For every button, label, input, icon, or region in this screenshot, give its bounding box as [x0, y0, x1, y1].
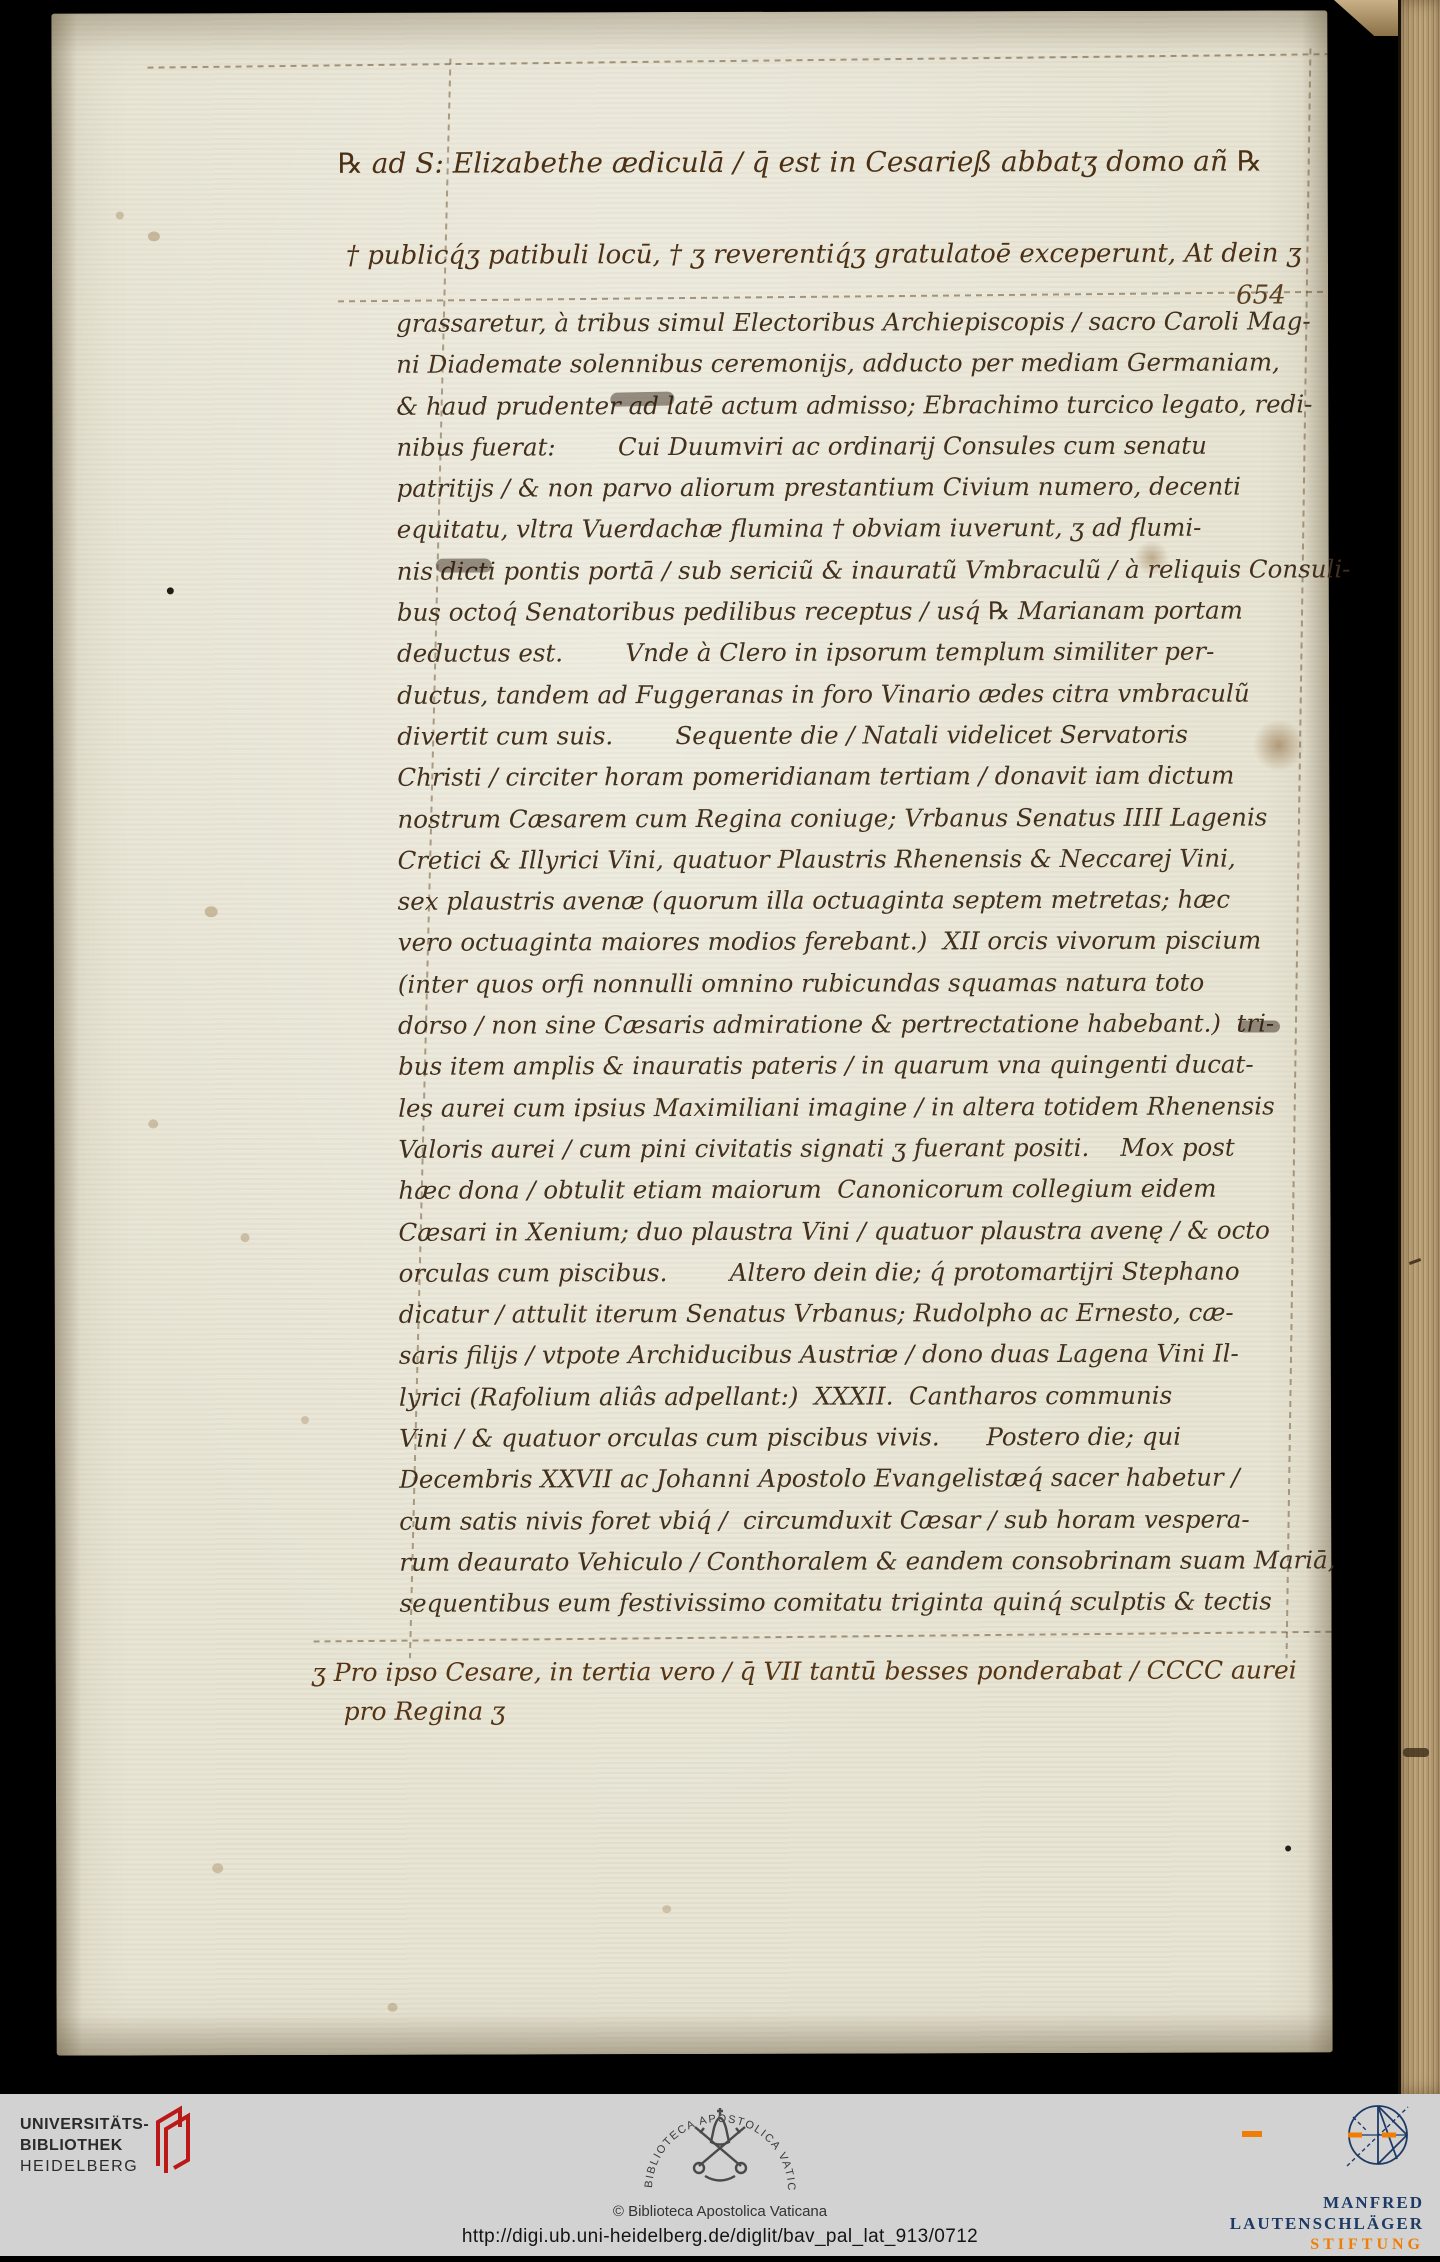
manuscript-line: bus octoq́ Senatoribus pedilibus receptu… — [397, 589, 1327, 633]
manuscript-line: grassaretur, à tribus simul Electoribus … — [396, 300, 1326, 344]
manuscript-line: (inter quos orfi nonnulli omnino rubicun… — [398, 961, 1328, 1005]
manuscript-line: lyrici (Rafolium aliâs adpellant:) XXXII… — [399, 1374, 1329, 1418]
book-fore-edge — [1398, 0, 1440, 2094]
foxing-spot — [148, 231, 160, 241]
svg-text:BIBLIOTECA APOSTOLICA VATICANA: BIBLIOTECA APOSTOLICA VATICANA — [635, 2092, 797, 2192]
ruling-bottom — [314, 1631, 1334, 1643]
paper-stain — [1134, 541, 1170, 575]
ink-dot — [167, 587, 174, 594]
manuscript-line: equitatu, vltra Vuerdachæ flumina † obvi… — [397, 507, 1327, 551]
ub-line1: UNIVERSITÄTS- — [20, 2114, 149, 2135]
marginal-note-line: ʒ Pro ipso Cesare, in tertia vero / q̄ V… — [312, 1650, 1297, 1692]
manuscript-line: Cretici & Illyrici Vini, quatuor Plaustr… — [397, 837, 1327, 881]
ink-correction-mark — [436, 559, 492, 573]
manuscript-heading: ℞ ad S: Elizabethe ædiculā / q̄ est in C… — [338, 145, 1262, 180]
foxing-spot — [212, 1863, 223, 1873]
paper-stain — [1251, 720, 1306, 770]
manuscript-line: vero octuaginta maiores modios ferebant.… — [398, 920, 1328, 964]
manuscript-line: nis dicti pontis portā / sub sericiũ & i… — [397, 548, 1327, 592]
fore-edge-mark — [1403, 1748, 1429, 1757]
manuscript-line: ni Diademate solennibus ceremonijs, addu… — [396, 342, 1326, 386]
vatican-arc-text: BIBLIOTECA APOSTOLICA VATICANA — [635, 2092, 797, 2192]
stiftung-line2: LAUTENSCHLÄGER — [1100, 2213, 1424, 2234]
manuscript-subheading: † publicq́ʒ patibuli locū, † ʒ reverenti… — [346, 238, 1301, 271]
manuscript-line: divertit cum suis. Sequente die / Natali… — [397, 713, 1327, 757]
manuscript-line: rum deaurato Vehiculo / Conthoralem & ea… — [399, 1539, 1329, 1583]
manuscript-line: les aurei cum ipsius Maximiliani imagine… — [398, 1085, 1328, 1129]
ub-line2: BIBLIOTHEK — [20, 2135, 149, 2156]
stiftung-line1: MANFRED — [1100, 2192, 1424, 2213]
manuscript-paper: ℞ ad S: Elizabethe ædiculā / q̄ est in C… — [51, 10, 1332, 2055]
manuscript-body: grassaretur, à tribus simul Electoribus … — [396, 300, 1329, 1624]
manuscript-line: & haud prudenter ad latē actum admisso; … — [396, 383, 1326, 427]
foxing-spot — [241, 1233, 250, 1242]
manuscript-line: cum satis nivis foret vbiq́ / circumduxi… — [399, 1498, 1329, 1542]
manuscript-line: Vini / & quatuor orculas cum piscibus vi… — [399, 1415, 1329, 1459]
manuscript-line: Decembris XXVII ac Johanni Apostolo Evan… — [399, 1457, 1329, 1501]
stiftung-wordmark: MANFRED LAUTENSCHLÄGER STIFTUNG — [1100, 2192, 1424, 2255]
foxing-spot — [148, 1119, 158, 1128]
stiftung-dash-icon — [1242, 2131, 1262, 2137]
manuscript-line: nostrum Cæsarem cum Regina coniuge; Vrba… — [397, 796, 1327, 840]
marginal-note: ʒ Pro ipso Cesare, in tertia vero / q̄ V… — [312, 1650, 1297, 1731]
manuscript-line: Christi / circiter horam pomeridianam te… — [397, 755, 1327, 799]
marginal-note-line: pro Regina ʒ — [312, 1689, 1297, 1731]
manuscript-line: orculas cum piscibus. Altero dein die; q… — [399, 1250, 1329, 1294]
manuscript-line: sequentibus eum festivissimo comitatu tr… — [399, 1581, 1329, 1625]
ink-correction-mark — [1238, 1020, 1280, 1032]
foxing-spot — [662, 1905, 671, 1913]
ruling-top — [147, 53, 1327, 68]
stiftung-line3: STIFTUNG — [1100, 2234, 1424, 2255]
manuscript-line: Cæsari in Xenium; duo plaustra Vini / qu… — [398, 1209, 1328, 1253]
vatican-emblem-icon: BIBLIOTECA APOSTOLICA VATICANA — [635, 2092, 805, 2204]
manuscript-line: dorso / non sine Cæsaris admiratione & p… — [398, 1002, 1328, 1046]
manuscript-line: sex plaustris avenæ (quorum illa octuagi… — [398, 878, 1328, 922]
manuscript-line: hæc dona / obtulit etiam maiorum Canonic… — [398, 1168, 1328, 1212]
ink-dot — [1285, 1845, 1291, 1851]
manuscript-line: patritijs / & non parvo aliorum prestant… — [397, 466, 1327, 510]
digitized-manuscript-page: ℞ ad S: Elizabethe ædiculā / q̄ est in C… — [0, 0, 1440, 2262]
ub-heidelberg-wordmark: UNIVERSITÄTS- BIBLIOTHEK HEIDELBERG — [20, 2114, 149, 2177]
ink-correction-mark — [610, 391, 674, 406]
vatican-copyright: © Biblioteca Apostolica Vaticana — [470, 2203, 970, 2220]
manuscript-line: deductus est. Vnde à Clero in ipsorum te… — [397, 631, 1327, 675]
manuscript-photo: ℞ ad S: Elizabethe ædiculā / q̄ est in C… — [0, 0, 1440, 2094]
manuscript-line: bus item amplis & inauratis pateris / in… — [398, 1044, 1328, 1088]
foxing-spot — [388, 2003, 398, 2012]
ub-line3: HEIDELBERG — [20, 2156, 149, 2177]
stiftung-globe-icon — [1345, 2104, 1411, 2170]
manuscript-line: ductus, tandem ad Fuggeranas in foro Vin… — [397, 672, 1327, 716]
foxing-spot — [205, 906, 218, 917]
bottom-border — [0, 2256, 1440, 2262]
manuscript-line: saris filijs / vtpote Archiducibus Austr… — [399, 1333, 1329, 1377]
manuscript-line: Valoris aurei / cum pini civitatis signa… — [398, 1126, 1328, 1170]
ub-heidelberg-logo-icon — [146, 2100, 202, 2180]
foxing-spot — [301, 1416, 309, 1424]
manuscript-line: nibus fuerat: Cui Duumviri ac ordinarij … — [396, 424, 1326, 468]
manuscript-line: dicatur / attulit iterum Senatus Vrbanus… — [399, 1291, 1329, 1335]
foxing-spot — [116, 211, 124, 219]
source-url: http://digi.ub.uni-heidelberg.de/diglit/… — [360, 2226, 1080, 2248]
